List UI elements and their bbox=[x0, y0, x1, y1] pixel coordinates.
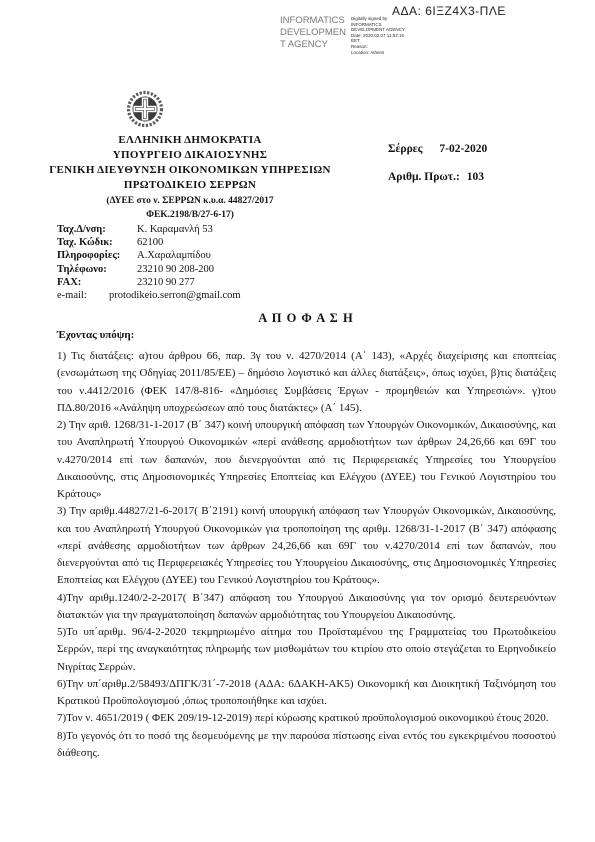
place-date: Σέρρες 7-02-2020 bbox=[388, 143, 487, 155]
contact-row-email: e-mail: protodikeio.serron@gmail.com bbox=[57, 289, 241, 302]
header-line-ministry: ΥΠΟΥΡΓΕΙΟ ΔΙΚΑΙΟΣΥΝΗΣ bbox=[28, 148, 352, 163]
stamp-agency-line: T AGENCY bbox=[280, 39, 346, 51]
date: 7-02-2020 bbox=[439, 143, 487, 155]
header-subline-dyee: (ΔΥΕΕ στο ν. ΣΕΡΡΩΝ κ.υ.α. 44827/2017 bbox=[28, 195, 352, 207]
document-page: ΑΔΑ: 6ΙΞΖ4Χ3-ΠΛΕ INFORMATICS DEVELOPMEN … bbox=[0, 0, 595, 842]
header-line-republic: ΕΛΛΗΝΙΚΗ ΔΗΜΟΚΡΑΤΙΑ bbox=[28, 133, 352, 148]
decision-title: Α Π Ο Φ Α Σ Η bbox=[57, 311, 555, 326]
contact-row-address: Ταχ.Δ/νση: Κ. Καραμανλή 53 bbox=[57, 223, 241, 236]
body-paragraph-2: 2) Την αριθ. 1268/31-1-2017 (Β΄ 347) κοι… bbox=[57, 417, 556, 503]
stamp-detail-line: DEVELOPMENT AGENCY bbox=[351, 27, 405, 33]
protocol-value: 103 bbox=[467, 171, 484, 183]
stamp-agency-name: INFORMATICS DEVELOPMEN T AGENCY bbox=[280, 15, 346, 55]
body-paragraph-3: 3) Την αριθμ.44827/21-6-2017( Β΄2191) κο… bbox=[57, 503, 556, 589]
contact-row-postcode: Ταχ. Κώδικ: 62100 bbox=[57, 236, 241, 249]
contact-value: 23210 90 277 bbox=[137, 276, 195, 289]
header-subline-fek: ΦΕΚ.2198/Β/27-6-17) bbox=[28, 209, 352, 221]
place: Σέρρες bbox=[388, 143, 423, 155]
contact-row-info: Πληροφορίες: Α.Χαραλαμπίδου bbox=[57, 249, 241, 262]
stamp-agency-line: DEVELOPMEN bbox=[280, 27, 346, 39]
greek-coat-of-arms-icon bbox=[126, 90, 164, 128]
contact-label: Τηλέφωνο: bbox=[57, 263, 137, 276]
stamp-signature-details: Digitally signed by INFORMATICS DEVELOPM… bbox=[351, 15, 405, 55]
document-meta: Σέρρες 7-02-2020 Αριθμ. Πρωτ.: 103 bbox=[388, 143, 487, 183]
body-paragraph-5: 5)Το υπ΄αριθμ. 96/4-2-2020 τεκμηριωμένο … bbox=[57, 624, 556, 676]
protocol-number: Αριθμ. Πρωτ.: 103 bbox=[388, 171, 487, 183]
header-line-directorate: ΓΕΝΙΚΗ ΔΙΕΥΘΥΝΣΗ ΟΙΚΟΝΟΜΙΚΩΝ ΥΠΗΡΕΣΙΩΝ bbox=[28, 163, 352, 178]
protocol-label: Αριθμ. Πρωτ.: bbox=[388, 171, 460, 183]
contact-label: e-mail: bbox=[57, 289, 109, 302]
stamp-agency-line: INFORMATICS bbox=[280, 15, 346, 27]
stamp-detail-line: Location: Athens bbox=[351, 50, 405, 56]
contact-value: Α.Χαραλαμπίδου bbox=[137, 249, 211, 262]
body-paragraph-1: 1) Τις διατάξεις: α)του άρθρου 66, παρ. … bbox=[57, 348, 556, 417]
contact-block: Ταχ.Δ/νση: Κ. Καραμανλή 53 Ταχ. Κώδικ: 6… bbox=[57, 223, 241, 302]
premise-intro: Έχοντας υπόψη: bbox=[57, 329, 134, 341]
contact-label: FAX: bbox=[57, 276, 137, 289]
body-paragraph-7: 7)Τον ν. 4651/2019 ( ΦΕΚ 209/19-12-2019)… bbox=[57, 710, 556, 727]
contact-email-value: protodikeio.serron@gmail.com bbox=[109, 289, 241, 302]
body-paragraph-8: 8)Το γεγονός ότι το ποσό της δεσμευόμενη… bbox=[57, 728, 556, 763]
decision-body: 1) Τις διατάξεις: α)του άρθρου 66, παρ. … bbox=[57, 348, 556, 762]
ada-code: ΑΔΑ: 6ΙΞΖ4Χ3-ΠΛΕ bbox=[392, 4, 506, 18]
contact-value: 62100 bbox=[137, 236, 163, 249]
contact-row-phone: Τηλέφωνο: 23210 90 208-200 bbox=[57, 263, 241, 276]
body-paragraph-6: 6)Την υπ΄αριθμ.2/58493/ΔΠΓΚ/31΄-7-2018 (… bbox=[57, 676, 556, 711]
contact-value: 23210 90 208-200 bbox=[137, 263, 214, 276]
contact-label: Ταχ. Κώδικ: bbox=[57, 236, 137, 249]
contact-value: Κ. Καραμανλή 53 bbox=[137, 223, 213, 236]
contact-label: Πληροφορίες: bbox=[57, 249, 137, 262]
ministry-header: ΕΛΛΗΝΙΚΗ ΔΗΜΟΚΡΑΤΙΑ ΥΠΟΥΡΓΕΙΟ ΔΙΚΑΙΟΣΥΝΗ… bbox=[28, 133, 352, 221]
body-paragraph-4: 4)Την αριθμ.1240/2-2-2017( Β΄347) απόφασ… bbox=[57, 590, 556, 625]
contact-row-fax: FAX: 23210 90 277 bbox=[57, 276, 241, 289]
header-line-court: ΠΡΩΤΟΔΙΚΕΙΟ ΣΕΡΡΩΝ bbox=[28, 178, 352, 193]
digital-signature-stamp: INFORMATICS DEVELOPMEN T AGENCY Digitall… bbox=[280, 15, 405, 55]
contact-label: Ταχ.Δ/νση: bbox=[57, 223, 137, 236]
